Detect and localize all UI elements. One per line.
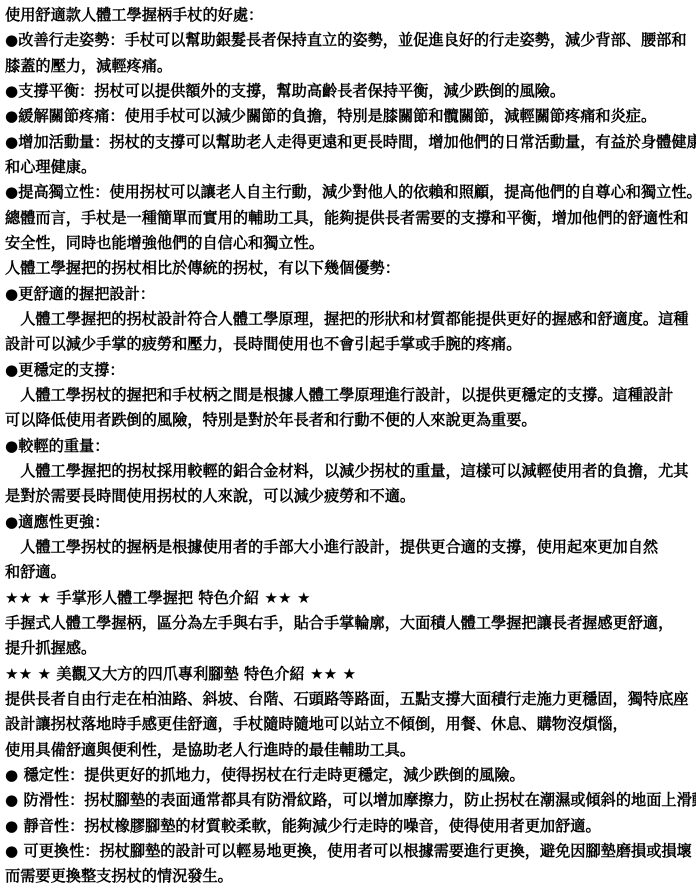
text-line: ●支撐平衡：拐杖可以提供額外的支撐，幫助高齡長者保持平衡，減少跌倒的風險。 <box>5 79 696 104</box>
text-line: 人體工學拐杖的握把和手杖柄之間是根據人體工學原理進行設計，以提供更穩定的支撐。這… <box>5 383 696 408</box>
text-line: 和心理健康。 <box>5 155 696 180</box>
text-line: ★★ ★ 手掌形人體工學握把 特色介紹 ★★ ★ <box>5 586 696 611</box>
text-line: 使用具備舒適與便利性，是協助老人行進時的最佳輔助工具。 <box>5 738 696 763</box>
text-line: 而需要更換整支拐杖的情況發生。 <box>5 864 696 887</box>
text-line: 膝蓋的壓力，減輕疼痛。 <box>5 54 696 79</box>
text-line: 人體工學握把的拐杖採用較輕的鋁合金材料，以減少拐杖的重量，這樣可以減輕使用者的負… <box>5 459 696 484</box>
text-line: ● 可更換性：拐杖腳墊的設計可以輕易地更換，使用者可以根據需要進行更換，避免因腳… <box>5 839 696 864</box>
text-line: ●更舒適的握把設計： <box>5 282 696 307</box>
text-line: 可以降低使用者跌倒的風險，特別是對於年長者和行動不便的人來說更為重要。 <box>5 408 696 433</box>
text-line: 設計可以減少手掌的疲勞和壓力，長時間使用也不會引起手掌或手腕的疼痛。 <box>5 332 696 357</box>
text-line: 和舒適。 <box>5 560 696 585</box>
text-line: ●緩解關節疼痛：使用手杖可以減少關節的負擔，特別是膝關節和髖關節，減輕關節疼痛和… <box>5 104 696 129</box>
text-line: ●增加活動量：拐杖的支撐可以幫助老人走得更遠和更長時間，增加他們的日常活動量，有… <box>5 130 696 155</box>
text-line: ●改善行走姿勢：手杖可以幫助銀髮長者保持直立的姿勢，並促進良好的行走姿勢，減少背… <box>5 28 696 53</box>
text-line: 人體工學握把的拐杖設計符合人體工學原理，握把的形狀和材質都能提供更好的握感和舒適… <box>5 307 696 332</box>
text-line: ●更穩定的支撐： <box>5 358 696 383</box>
document-body: 使用舒適款人體工學握柄手杖的好處：●改善行走姿勢：手杖可以幫助銀髮長者保持直立的… <box>0 0 696 887</box>
text-line: 人體工學拐杖的握柄是根據使用者的手部大小進行設計，提供更合適的支撐，使用起來更加… <box>5 535 696 560</box>
text-line: 提供長者自由行走在柏油路、斜坡、台階、石頭路等路面，五點支撐大面積行走施力更穩固… <box>5 687 696 712</box>
text-line: ●較輕的重量： <box>5 434 696 459</box>
text-line: 設計讓拐杖落地時手感更佳舒適，手杖隨時隨地可以站立不傾倒，用餐、休息、購物沒煩惱… <box>5 712 696 737</box>
text-line: ★★ ★ 美觀又大方的四爪專利腳墊 特色介紹 ★★ ★ <box>5 662 696 687</box>
text-line: 人體工學握把的拐杖相比於傳統的拐杖，有以下幾個優勢： <box>5 256 696 281</box>
text-line: 提升抓握感。 <box>5 636 696 661</box>
text-line: 是對於需要長時間使用拐杖的人來說，可以減少疲勞和不適。 <box>5 484 696 509</box>
text-line: ●適應性更強： <box>5 510 696 535</box>
text-line: 安全性，同時也能增強他們的自信心和獨立性。 <box>5 231 696 256</box>
text-line: 使用舒適款人體工學握柄手杖的好處： <box>5 3 696 28</box>
text-line: 手握式人體工學握柄，區分為左手與右手，貼合手掌輪廓，大面積人體工學握把讓長者握感… <box>5 611 696 636</box>
text-line: 總體而言，手杖是一種簡單而實用的輔助工具，能夠提供長者需要的支撐和平衡，增加他們… <box>5 206 696 231</box>
text-line: ● 防滑性：拐杖腳墊的表面通常都具有防滑紋路，可以增加摩擦力，防止拐杖在潮濕或傾… <box>5 788 696 813</box>
text-line: ● 穩定性：提供更好的抓地力，使得拐杖在行走時更穩定，減少跌倒的風險。 <box>5 763 696 788</box>
text-line: ● 靜音性：拐杖橡膠腳墊的材質較柔軟，能夠減少行走時的噪音，使得使用者更加舒適。 <box>5 814 696 839</box>
text-line: ●提高獨立性：使用拐杖可以讓老人自主行動，減少對他人的依賴和照顧，提高他們的自尊… <box>5 180 696 205</box>
